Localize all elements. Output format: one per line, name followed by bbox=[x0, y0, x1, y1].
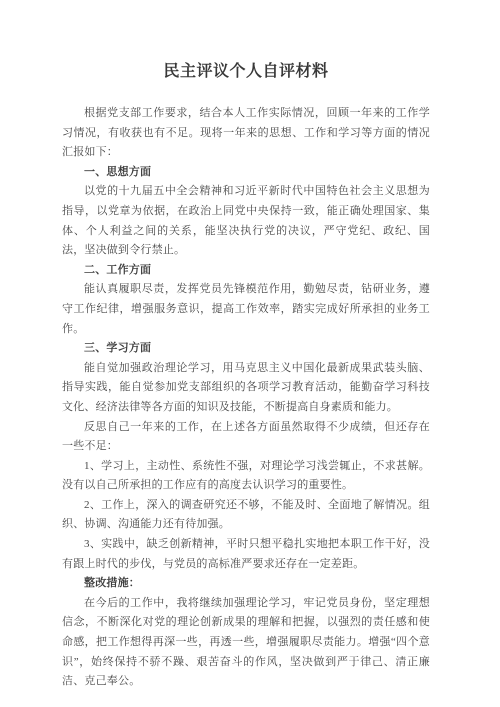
paragraph: 能自觉加强政治理论学习，用马克思主义中国化最新成果武装头脑、指导实践，能自觉参加… bbox=[62, 359, 430, 418]
paragraph: 1、学习上，主动性、系统性不强，对理论学习浅尝辄止，不求甚解。没有以自己所承担的… bbox=[62, 457, 430, 496]
paragraph: 在今后的工作中，我将继续加强理论学习，牢记党员身份，坚定理想信念，不断深化对党的… bbox=[62, 594, 430, 692]
section-heading: 三、学习方面 bbox=[62, 339, 430, 359]
paragraph: 反思自己一年来的工作，在上述各方面虽然取得不少成绩，但还存在一些不足： bbox=[62, 418, 430, 457]
document-page: 民主评议个人自评材料 根据党支部工作要求，结合本人工作实际情况，回顾一年来的工作… bbox=[0, 0, 500, 707]
paragraph: 3、实践中，缺乏创新精神，平时只想平稳扎实地把本职工作干好，没有跟上时代的步伐，… bbox=[62, 535, 430, 574]
document-title: 民主评议个人自评材料 bbox=[62, 60, 430, 84]
section-heading: 整改措施： bbox=[62, 574, 430, 594]
document-paragraphs: 根据党支部工作要求，结合本人工作实际情况，回顾一年来的工作学习情况，有收获也有不… bbox=[62, 104, 430, 692]
paragraph: 根据党支部工作要求，结合本人工作实际情况，回顾一年来的工作学习情况，有收获也有不… bbox=[62, 104, 430, 163]
section-heading: 二、工作方面 bbox=[62, 261, 430, 281]
document-content: 民主评议个人自评材料 根据党支部工作要求，结合本人工作实际情况，回顾一年来的工作… bbox=[62, 60, 430, 692]
paragraph: 以党的十九届五中全会精神和习近平新时代中国特色社会主义思想为指导，以党章为依据，… bbox=[62, 182, 430, 260]
section-heading: 一、思想方面 bbox=[62, 163, 430, 183]
paragraph: 能认真履职尽责，发挥党员先锋模范作用，勤勉尽责，钻研业务，遵守工作纪律，增强服务… bbox=[62, 280, 430, 339]
paragraph: 2、工作上，深入的调查研究还不够，不能及时、全面地了解情况。组织、协调、沟通能力… bbox=[62, 496, 430, 535]
